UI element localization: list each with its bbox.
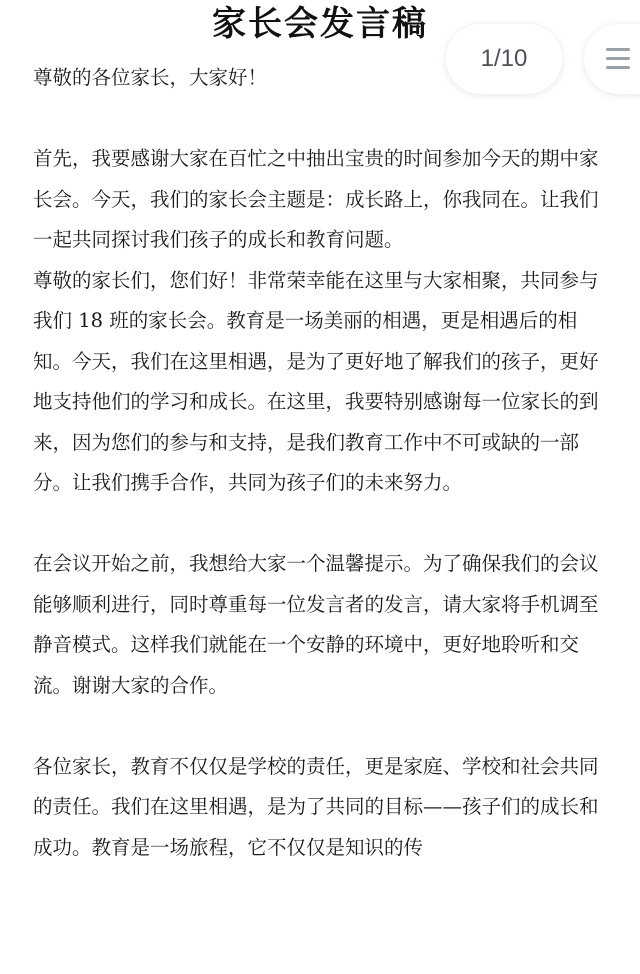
paragraph-3: 在会议开始之前，我想给大家一个温馨提示。为了确保我们的会议能够顺利进行，同时尊重… xyxy=(33,544,613,706)
paragraph-1: 首先，我要感谢大家在百忙之中抽出宝贵的时间参加今天的期中家长会。今天，我们的家长… xyxy=(33,139,613,261)
greeting: 尊敬的各位家长，大家好！ xyxy=(33,58,613,99)
document-body: 尊敬的各位家长，大家好！ 首先，我要感谢大家在百忙之中抽出宝贵的时间参加今天的期… xyxy=(33,58,613,868)
paragraph-2: 尊敬的家长们，您们好！非常荣幸能在这里与大家相聚，共同参与我们 18 班的家长会… xyxy=(33,261,613,504)
paragraph-4: 各位家长，教育不仅仅是学校的责任，更是家庭、学校和社会共同的责任。我们在这里相遇… xyxy=(33,747,613,869)
